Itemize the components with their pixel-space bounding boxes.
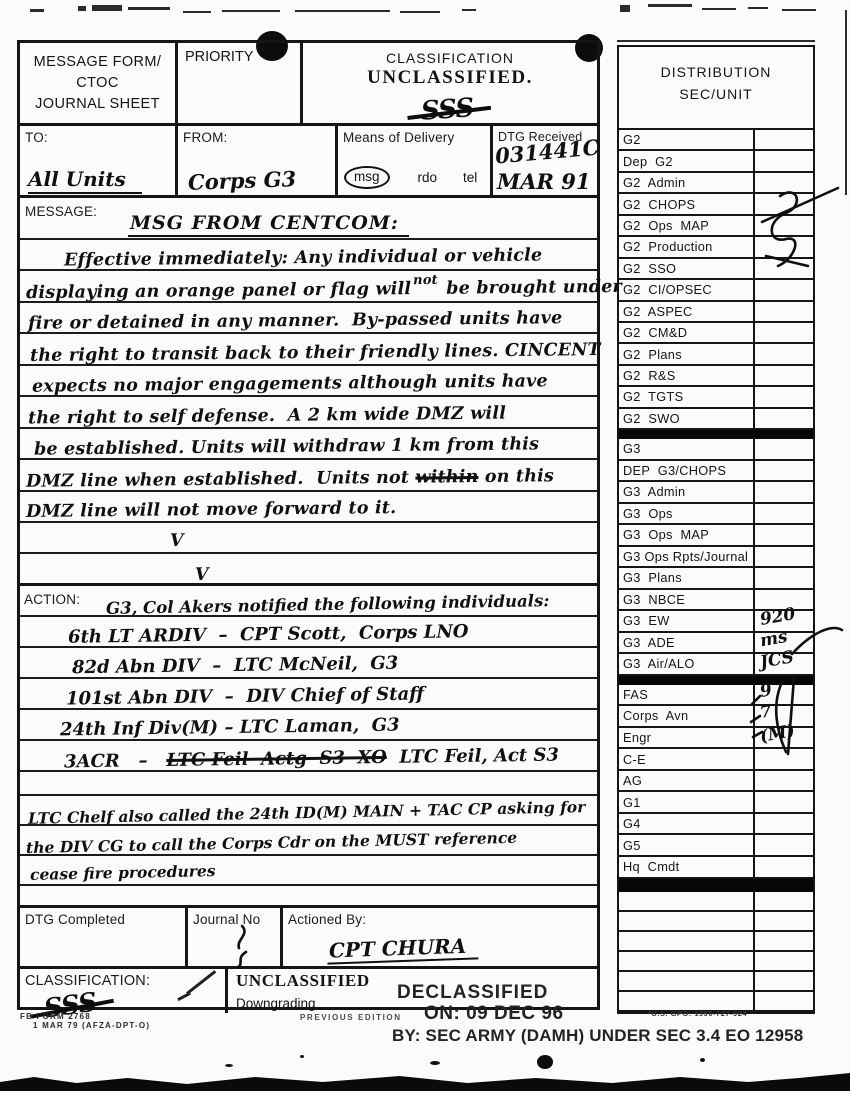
distribution-row: G4	[619, 814, 813, 836]
distribution-row: G2	[619, 130, 813, 151]
distribution-unit-label: G2 CHOPS	[619, 197, 753, 212]
delivery-option-tel: tel	[463, 170, 477, 185]
distribution-row: Dep G2	[619, 151, 813, 172]
distribution-mark-cell	[753, 835, 813, 855]
distribution-row: G2 TGTS	[619, 387, 813, 408]
distribution-row: G3 Air/ALOJCS	[619, 654, 813, 676]
distribution-mark-cell	[753, 439, 813, 459]
hole-punch-mark	[537, 1055, 553, 1069]
distribution-row	[619, 892, 813, 912]
distribution-row: G2 CM&D	[619, 323, 813, 344]
distribution-unit-label: Dep G2	[619, 154, 753, 169]
scan-edge-band	[0, 1071, 850, 1091]
distribution-unit-label: Engr	[619, 730, 753, 745]
handwritten-line: the DIV CG to call the Corps Cdr on the …	[20, 826, 597, 856]
distribution-unit-label: G3 ADE	[619, 635, 753, 650]
distribution-row: G1	[619, 792, 813, 814]
action-heading-row: ACTION: G3, Col Akers notified the follo…	[20, 586, 597, 617]
distribution-mark-cell	[753, 857, 813, 877]
delivery-options: msg rdo tel	[344, 166, 488, 189]
distribution-row	[619, 912, 813, 932]
handwritten-line: the right to self defense. A 2 km wide D…	[20, 397, 597, 428]
means-of-delivery-label: Means of Delivery	[338, 126, 490, 145]
action-section: ACTION: G3, Col Akers notified the follo…	[20, 586, 597, 908]
action-heading-handwritten: G3, Col Akers notified the following ind…	[106, 591, 550, 618]
distribution-mark-cell	[753, 932, 813, 950]
crossed-out-scribble: SSS	[420, 93, 474, 127]
handwritten-line: V	[20, 554, 597, 585]
handwritten-line: fire or detained in any manner. By-passe…	[20, 303, 597, 334]
action-label: ACTION:	[20, 592, 80, 615]
distribution-row	[619, 932, 813, 952]
scanned-message-form-page: { "form": { "title_lines": ["MESSAGE FOR…	[0, 0, 850, 1095]
handwritten-line: 24th Inf Div(M) – LTC Laman, G3	[20, 710, 597, 741]
distribution-mark-cell	[753, 792, 813, 812]
journal-no-cell: Journal No	[188, 908, 283, 966]
scan-speck	[430, 1061, 440, 1065]
distribution-row: G3 Admin	[619, 482, 813, 504]
distribution-unit-label: G2 Production	[619, 239, 753, 254]
distribution-unit-label: G3 EW	[619, 613, 753, 628]
priority-label: PRIORITY	[178, 43, 300, 65]
handwritten-line: LTC Chelf also called the 24th ID(M) MAI…	[20, 796, 597, 826]
message-heading-handwritten: MSG FROM CENTCOM:	[128, 212, 409, 237]
handwritten-line: the right to transit back to their frien…	[20, 334, 597, 365]
action-items: 6th LT ARDIV – CPT Scott, Corps LNO82d A…	[20, 617, 597, 772]
action-notes: LTC Chelf also called the 24th ID(M) MAI…	[20, 796, 597, 886]
message-section: MESSAGE: MSG FROM CENTCOM: Effective imm…	[20, 198, 597, 586]
distribution-row: DEP G3/CHOPS	[619, 461, 813, 483]
distribution-row: G3 Ops Rpts/Journal	[619, 547, 813, 569]
distribution-unit-label: G2 ASPEC	[619, 304, 753, 319]
actioned-by-handwritten: CPT CHURA	[327, 933, 479, 964]
from-cell: FROM: Corps G3	[178, 126, 338, 195]
distribution-mark-cell	[753, 344, 813, 363]
distribution-mark-cell	[753, 409, 813, 428]
distribution-mark-cell	[753, 814, 813, 834]
blank-ruled-line	[20, 886, 597, 908]
message-lines: Effective immediately: Any individual or…	[20, 240, 597, 586]
message-form: MESSAGE FORM/ CTOC JOURNAL SHEET PRIORIT…	[17, 40, 600, 1010]
actioned-by-cell: Actioned By: CPT CHURA	[283, 908, 597, 966]
unclassified-stamp-text: UNCLASSIFIED	[236, 971, 370, 991]
distribution-unit-label: DEP G3/CHOPS	[619, 463, 753, 478]
distribution-header: DISTRIBUTION SEC/UNIT	[619, 47, 813, 130]
distribution-mark-cell	[753, 972, 813, 990]
distribution-row	[619, 952, 813, 972]
distribution-mark-cell	[753, 482, 813, 502]
distribution-mark-cell	[753, 461, 813, 481]
means-of-delivery-cell: Means of Delivery msg rdo tel	[338, 126, 493, 195]
form-title: MESSAGE FORM/ CTOC JOURNAL SHEET	[20, 43, 178, 123]
distribution-row: G3	[619, 439, 813, 461]
classification-label: CLASSIFICATION	[303, 50, 597, 66]
form-header-row: MESSAGE FORM/ CTOC JOURNAL SHEET PRIORIT…	[20, 43, 597, 126]
distribution-unit-label: G3 Ops	[619, 506, 753, 521]
scan-speck	[300, 1055, 304, 1058]
pen-scribble-flourish	[748, 674, 828, 759]
distribution-unit-label: FAS	[619, 687, 753, 702]
form-title-line: CTOC	[20, 73, 175, 94]
distribution-row: G2 SWO	[619, 409, 813, 430]
distribution-unit-label: G3 Admin	[619, 484, 753, 499]
distribution-unit-label: G2 R&S	[619, 368, 753, 383]
pen-swoosh	[790, 622, 845, 660]
distribution-mark-cell	[753, 771, 813, 791]
distribution-row	[619, 972, 813, 992]
distribution-header-line: SEC/UNIT	[619, 84, 813, 106]
form-title-line: JOURNAL SHEET	[20, 94, 175, 115]
distribution-mark-cell	[753, 323, 813, 342]
dtg-completed-cell: DTG Completed	[20, 908, 188, 966]
distribution-unit-label: G2 CM&D	[619, 325, 753, 340]
to-label: TO:	[20, 126, 175, 145]
declassified-stamp-line1: DECLASSIFIED	[397, 982, 548, 1004]
distribution-unit-label: G3 Ops Rpts/Journal	[619, 549, 753, 564]
distribution-row: Hq Cmdt	[619, 857, 813, 879]
section-divider-bar	[619, 430, 813, 439]
distribution-unit-label: G2 Plans	[619, 347, 753, 362]
distribution-unit-label: G2 SWO	[619, 411, 753, 426]
classification-footer-cell: CLASSIFICATION: SSS	[20, 969, 228, 1013]
distribution-unit-label: G4	[619, 816, 753, 831]
distribution-unit-label: AG	[619, 773, 753, 788]
handwritten-line: V	[20, 523, 597, 554]
dtg-received-cell: DTG Received 031441C MAR 91	[493, 126, 597, 195]
distribution-row: G3 Ops	[619, 504, 813, 526]
classification-cell: CLASSIFICATION UNCLASSIFIED. SSS	[303, 43, 597, 123]
distribution-mark-cell	[753, 504, 813, 524]
scan-speck	[225, 1064, 233, 1067]
form-title-line: MESSAGE FORM/	[20, 52, 175, 73]
distribution-unit-label: G5	[619, 838, 753, 853]
distribution-mark-cell	[753, 130, 813, 149]
handwritten-line: DMZ line when established. Units not wit…	[20, 460, 597, 491]
scan-speck	[700, 1058, 705, 1062]
actioned-by-label: Actioned By:	[283, 908, 597, 927]
handwritten-line: be established. Units will withdraw 1 km…	[20, 429, 597, 460]
form-number: FB FORM 2768	[20, 1012, 91, 1021]
handwritten-line: 6th LT ARDIV – CPT Scott, Corps LNO	[20, 617, 597, 648]
previous-edition-note: PREVIOUS EDITION	[300, 1013, 402, 1022]
dtg-completed-label: DTG Completed	[20, 908, 185, 927]
distribution-unit-label: G2	[619, 132, 753, 147]
distribution-mark-cell	[753, 912, 813, 930]
declassified-stamp-line2: ON: 09 DEC 96	[424, 1003, 564, 1025]
delivery-option-rdo: rdo	[418, 170, 438, 185]
distribution-row: G3 Ops MAP	[619, 525, 813, 547]
to-cell: TO: All Units	[20, 126, 178, 195]
distribution-mark-cell	[753, 952, 813, 970]
distribution-row: G2 ASPEC	[619, 302, 813, 323]
from-label: FROM:	[178, 126, 335, 145]
pen-scribble	[228, 922, 258, 968]
distribution-mark-cell	[753, 892, 813, 910]
to-value-handwritten: All Units	[28, 167, 142, 194]
distribution-unit-label: G3 NBCE	[619, 592, 753, 607]
distribution-row: G5	[619, 835, 813, 857]
distribution-mark-cell	[753, 387, 813, 406]
handwritten-line: 101st Abn DIV – DIV Chief of Staff	[20, 679, 597, 710]
check-mark-stroke	[177, 992, 191, 1001]
distribution-mark-cell	[753, 151, 813, 170]
distribution-mark-cell	[753, 302, 813, 321]
table-top-line	[617, 40, 815, 42]
distribution-row: G2 CI/OPSEC	[619, 280, 813, 301]
distribution-row: AG	[619, 771, 813, 793]
distribution-unit-label: G3 Ops MAP	[619, 527, 753, 542]
classification-value: UNCLASSIFIED.	[303, 67, 597, 89]
distribution-mark-cell	[753, 525, 813, 545]
distribution-mark-cell	[753, 547, 813, 567]
completion-row: DTG Completed Journal No Actioned By: CP…	[20, 908, 597, 969]
from-value-handwritten: Corps G3	[188, 166, 297, 195]
dtg-received-date: MAR 91	[497, 169, 591, 194]
message-label: MESSAGE:	[20, 200, 97, 219]
distribution-mark-cell	[753, 568, 813, 588]
blank-ruled-line	[20, 772, 597, 796]
delivery-option-msg-circled: msg	[344, 166, 390, 189]
handwritten-line: Effective immediately: Any individual or…	[20, 240, 597, 271]
handwritten-initials: ms	[758, 626, 789, 650]
distribution-unit-label: G3	[619, 441, 753, 456]
handwritten-line: DMZ line will not move forward to it.	[20, 492, 597, 523]
distribution-unit-label: Corps Avn	[619, 708, 753, 723]
distribution-mark-cell	[753, 992, 813, 1010]
distribution-unit-label: G3 Plans	[619, 570, 753, 585]
distribution-unit-label: G2 Admin	[619, 175, 753, 190]
distribution-mark-cell	[753, 280, 813, 299]
handwritten-line: expects no major engagements although un…	[20, 366, 597, 397]
handwritten-line: cease fire procedures	[20, 856, 597, 886]
distribution-row: G3 Plans	[619, 568, 813, 590]
form-date: 1 MAR 79 (AFZA-DPT-O)	[33, 1021, 150, 1030]
distribution-unit-label: G3 Air/ALO	[619, 656, 753, 671]
pen-scribble-loop	[750, 178, 845, 273]
distribution-unit-label: G2 CI/OPSEC	[619, 282, 753, 297]
addressing-row: TO: All Units FROM: Corps G3 Means of De…	[20, 126, 597, 198]
distribution-unit-label: G1	[619, 795, 753, 810]
distribution-row: G2 R&S	[619, 366, 813, 387]
message-heading-row: MESSAGE: MSG FROM CENTCOM:	[20, 198, 597, 240]
distribution-unit-label: G2 TGTS	[619, 389, 753, 404]
handwritten-line: 3ACR – LTC Feil Actg S3 XO LTC Feil, Act…	[20, 741, 597, 772]
priority-cell: PRIORITY	[178, 43, 303, 123]
handwritten-line: displaying an orange panel or flag willn…	[20, 271, 597, 302]
section-divider-bar	[619, 879, 813, 892]
distribution-mark-cell	[753, 366, 813, 385]
distribution-header-line: DISTRIBUTION	[619, 62, 813, 84]
distribution-unit-label: G2 Ops MAP	[619, 218, 753, 233]
distribution-unit-label: Hq Cmdt	[619, 859, 753, 874]
distribution-unit-label: G2 SSO	[619, 261, 753, 276]
handwritten-line: 82d Abn DIV – LTC McNeil, G3	[20, 648, 597, 679]
downgrading-label: Downgrading	[236, 996, 316, 1011]
gpo-print-code: *U.S. GPO: 1990-727-924	[648, 1009, 747, 1018]
distribution-unit-label: C-E	[619, 752, 753, 767]
distribution-row: G2 Plans	[619, 344, 813, 365]
declassified-stamp-line3: BY: SEC ARMY (DAMH) UNDER SEC 3.4 EO 129…	[392, 1026, 803, 1046]
